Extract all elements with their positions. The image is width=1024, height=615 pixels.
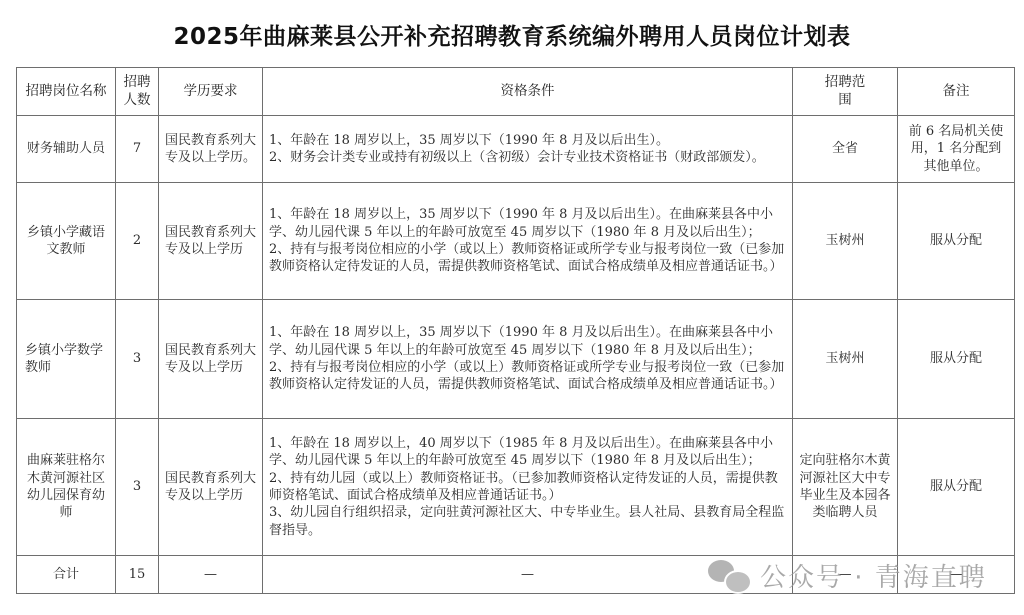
header-remarks: 备注 [898,68,1015,116]
header-education: 学历要求 [159,68,263,116]
qualifications-cell: 1、年龄在 18 周岁以上，35 周岁以下（1990 年 8 月及以后出生）。 … [263,116,793,183]
total-scope: — [793,556,898,594]
total-count: 15 [116,556,159,594]
qualification-item: 2、持有与报考岗位相应的小学（或以上）教师资格证或所学专业与报考岗位一致（已参加… [269,241,786,276]
education-cell: 国民教育系列大专及以上学历。 [159,116,263,183]
header-count: 招聘人数 [116,68,159,116]
qualification-item: 2、财务会计类专业或持有初级以上（含初级）会计专业技术资格证书（财政部颁发）。 [269,149,786,166]
position-cell: 乡镇小学藏语文教师 [17,183,116,300]
qualifications-cell: 1、年龄在 18 周岁以上，40 周岁以下（1985 年 8 月及以后出生）。在… [263,419,793,556]
total-education: — [159,556,263,594]
table-row: 财务辅助人员 7 国民教育系列大专及以上学历。 1、年龄在 18 周岁以上，35… [17,116,1015,183]
qualification-item: 2、持有与报考岗位相应的小学（或以上）教师资格证或所学专业与报考岗位一致（已参加… [269,359,786,394]
count-cell: 3 [116,300,159,419]
table-row: 乡镇小学数学教师 3 国民教育系列大专及以上学历 1、年龄在 18 周岁以上，3… [17,300,1015,419]
total-qualifications: — [263,556,793,594]
header-row: 招聘岗位名称 招聘人数 学历要求 资格条件 招聘范围 备注 [17,68,1015,116]
table-row: 曲麻莱驻格尔木黄河源社区幼儿园保育幼师 3 国民教育系列大专及以上学历 1、年龄… [17,419,1015,556]
remarks-cell: 服从分配 [898,419,1015,556]
total-row: 合计 15 — — — — [17,556,1015,594]
scope-cell: 玉树州 [793,300,898,419]
scope-cell: 定向驻格尔木黄河源社区大中专毕业生及本园各类临聘人员 [793,419,898,556]
qualification-item: 1、年龄在 18 周岁以上，40 周岁以下（1985 年 8 月及以后出生）。在… [269,435,786,470]
total-label: 合计 [17,556,116,594]
education-cell: 国民教育系列大专及以上学历 [159,419,263,556]
qualification-item: 1、年龄在 18 周岁以上，35 周岁以下（1990 年 8 月及以后出生）。在… [269,206,786,241]
header-qualifications: 资格条件 [263,68,793,116]
count-cell: 3 [116,419,159,556]
education-cell: 国民教育系列大专及以上学历 [159,300,263,419]
total-remarks: — [898,556,1015,594]
qualification-item: 2、持有幼儿园（或以上）教师资格证书。（已参加教师资格认定待发证的人员，需提供教… [269,470,786,505]
qualifications-cell: 1、年龄在 18 周岁以上，35 周岁以下（1990 年 8 月及以后出生）。在… [263,300,793,419]
remarks-cell: 服从分配 [898,300,1015,419]
count-cell: 2 [116,183,159,300]
recruitment-plan-table: 招聘岗位名称 招聘人数 学历要求 资格条件 招聘范围 备注 财务辅助人员 7 国… [16,67,1015,594]
qualifications-cell: 1、年龄在 18 周岁以上，35 周岁以下（1990 年 8 月及以后出生）。在… [263,183,793,300]
position-cell: 乡镇小学数学教师 [17,300,116,419]
scope-cell: 玉树州 [793,183,898,300]
qualification-item: 3、幼儿园自行组织招录，定向驻黄河源社区大、中专毕业生。县人社局、县教育局全程监… [269,504,786,539]
header-position: 招聘岗位名称 [17,68,116,116]
count-cell: 7 [116,116,159,183]
header-scope: 招聘范围 [793,68,898,116]
table-row: 乡镇小学藏语文教师 2 国民教育系列大专及以上学历 1、年龄在 18 周岁以上，… [17,183,1015,300]
qualification-item: 1、年龄在 18 周岁以上，35 周岁以下（1990 年 8 月及以后出生）。在… [269,324,786,359]
qualification-item: 1、年龄在 18 周岁以上，35 周岁以下（1990 年 8 月及以后出生）。 [269,132,786,149]
education-cell: 国民教育系列大专及以上学历 [159,183,263,300]
remarks-cell: 服从分配 [898,183,1015,300]
document-title: 2025年曲麻莱县公开补充招聘教育系统编外聘用人员岗位计划表 [0,18,1024,51]
scope-cell: 全省 [793,116,898,183]
remarks-cell: 前 6 名局机关使用，1 名分配到其他单位。 [898,116,1015,183]
position-cell: 财务辅助人员 [17,116,116,183]
position-cell: 曲麻莱驻格尔木黄河源社区幼儿园保育幼师 [17,419,116,556]
